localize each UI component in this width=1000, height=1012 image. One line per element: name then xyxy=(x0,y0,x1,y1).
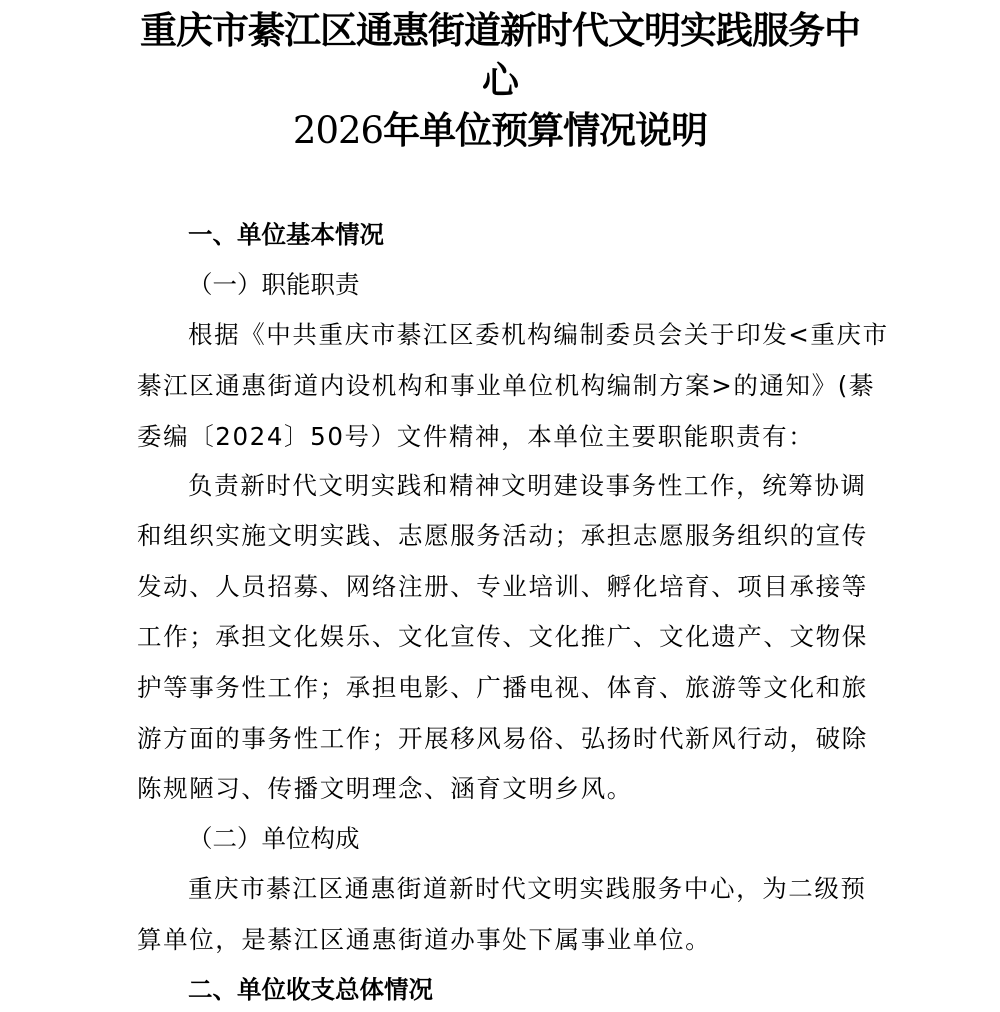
paragraph-line: 算单位，是綦江区通惠街道办事处下属事业单位。 xyxy=(137,925,877,955)
subsection-heading-composition: （二）单位构成 xyxy=(188,824,360,854)
paragraph-line: 游方面的事务性工作；开展移风易俗、弘扬时代新风行动，破除 xyxy=(137,724,877,754)
paragraph-line: 綦江区通惠街道内设机构和事业单位机构编制方案>的通知》(綦 xyxy=(137,371,877,401)
section-heading-basic-info: 一、单位基本情况 xyxy=(188,220,384,250)
paragraph-line: 和组织实施文明实践、志愿服务活动；承担志愿服务组织的宣传 xyxy=(137,521,877,551)
document-title-line-2: 心 xyxy=(0,60,1000,100)
document-title-line-3: 2026年单位预算情况说明 xyxy=(0,110,1000,151)
paragraph-line: 委编〔2024〕50号）文件精神，本单位主要职能职责有： xyxy=(137,422,877,452)
paragraph-line: 负责新时代文明实践和精神文明建设事务性工作，统筹协调 xyxy=(188,471,878,501)
paragraph-line: 工作；承担文化娱乐、文化宣传、文化推广、文化遗产、文物保 xyxy=(137,622,877,652)
paragraph-line: 护等事务性工作；承担电影、广播电视、体育、旅游等文化和旅 xyxy=(137,673,877,703)
subsection-heading-functions: （一）职能职责 xyxy=(188,270,360,300)
paragraph-line: 重庆市綦江区通惠街道新时代文明实践服务中心，为二级预 xyxy=(188,874,878,904)
document-title-subtitle: 年单位预算情况说明 xyxy=(383,108,707,152)
paragraph-line: 发动、人员招募、网络注册、专业培训、孵化培育、项目承接等 xyxy=(137,572,877,602)
document-title-line-1: 重庆市綦江区通惠街道新时代文明实践服务中 xyxy=(0,10,1000,50)
document-page: 重庆市綦江区通惠街道新时代文明实践服务中 心 2026年单位预算情况说明 一、单… xyxy=(0,0,1000,1012)
section-heading-revenue-expenditure: 二、单位收支总体情况 xyxy=(188,975,433,1005)
paragraph-line: 陈规陋习、传播文明理念、涵育文明乡风。 xyxy=(137,774,877,804)
paragraph-line: 根据《中共重庆市綦江区委机构编制委员会关于印发<重庆市 xyxy=(188,320,878,350)
document-title-year: 2026 xyxy=(293,109,383,152)
